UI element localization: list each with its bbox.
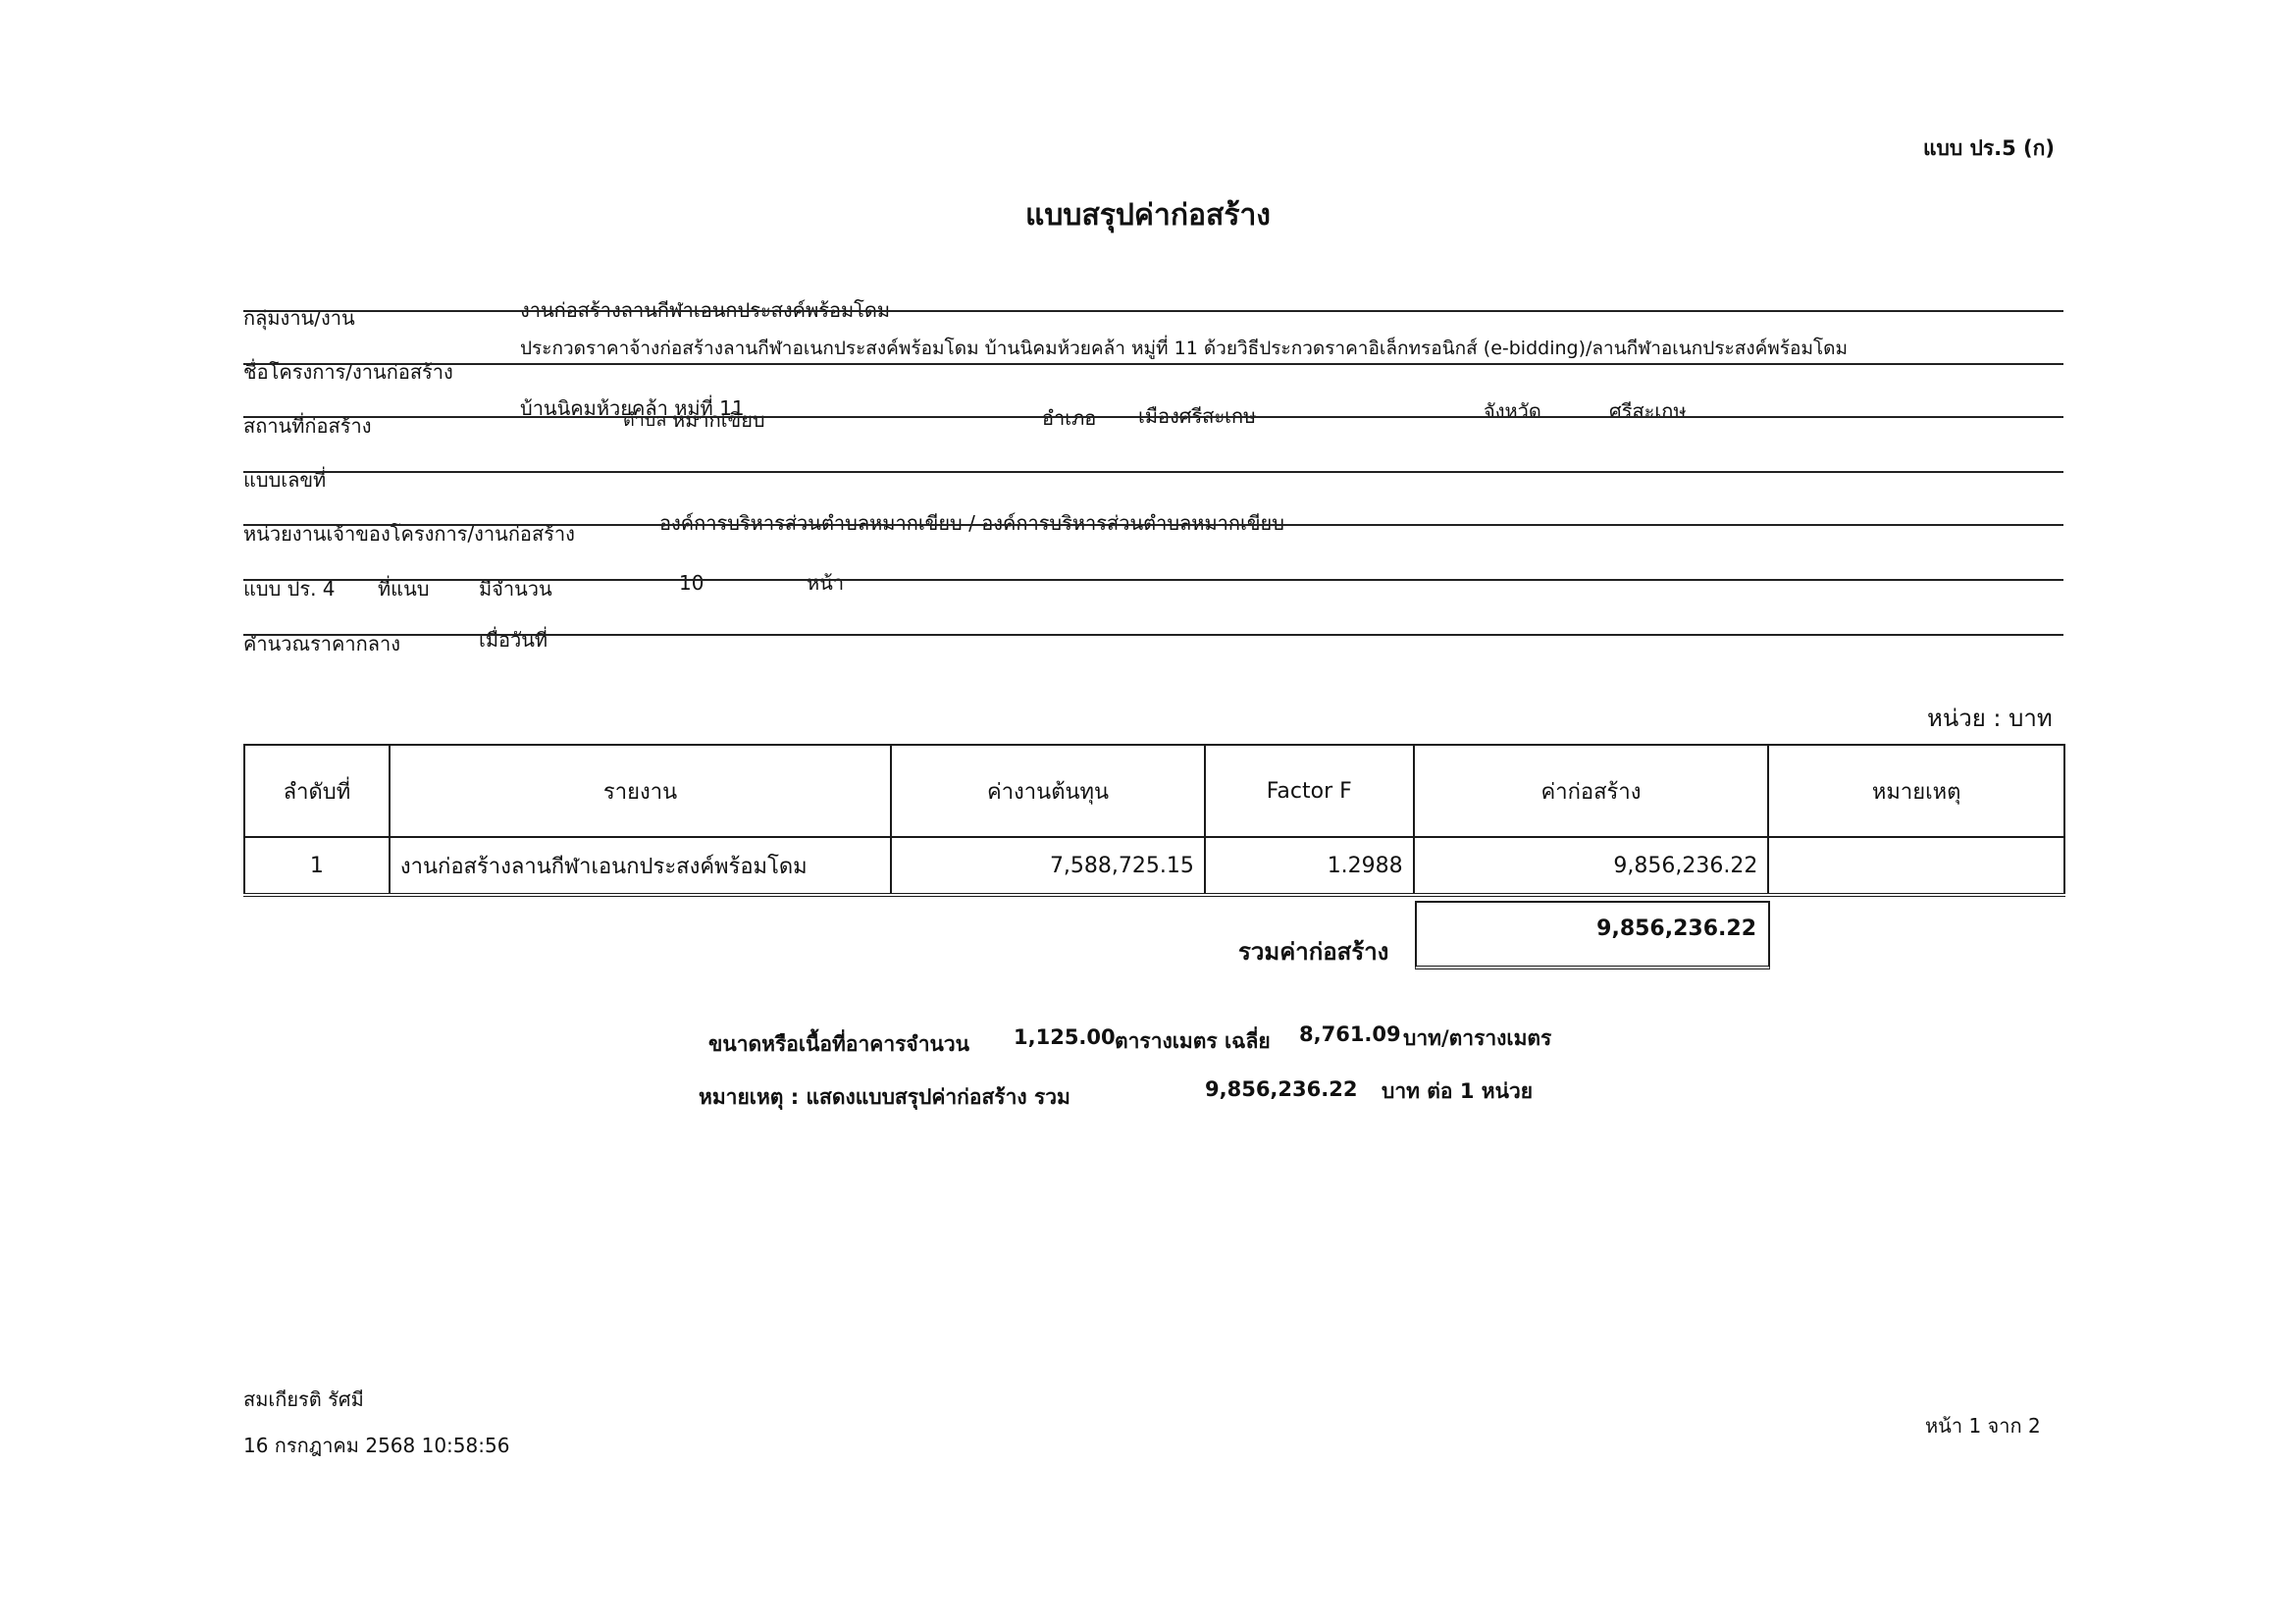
- avg-unit: บาท/ตารางเมตร: [1403, 1022, 1551, 1055]
- note-value: 9,856,236.22: [1205, 1077, 1357, 1101]
- cost-summary-table: ลำดับที่ รายงาน ค่างานต้นทุน Factor F ค่…: [243, 744, 2065, 897]
- project-line: [243, 363, 2063, 365]
- note-label: หมายเหตุ : แสดงแบบสรุปค่าก่อสร้าง รวม: [699, 1081, 1070, 1114]
- document-title: แบบสรุปค่าก่อสร้าง: [0, 192, 2296, 238]
- pr4-line: [243, 579, 2063, 581]
- subdistrict-label: ตำบล: [623, 405, 666, 434]
- location-line: [243, 416, 2063, 418]
- col-header-no: ลำดับที่: [244, 745, 390, 837]
- unit-label: หน่วย : บาท: [1927, 699, 2053, 737]
- note-unit: บาท ต่อ 1 หน่วย: [1382, 1075, 1533, 1108]
- plan-no-label: แบบเลขที่: [243, 464, 326, 496]
- owner-value: องค์การบริหารส่วนตำบลหมากเขียบ / องค์การ…: [659, 507, 1284, 539]
- pr4-count-value: 10: [679, 571, 704, 595]
- col-header-construction-cost: ค่าก่อสร้าง: [1414, 745, 1769, 837]
- work-group-label: กลุ่มงาน/งาน: [243, 302, 355, 334]
- owner-label: หน่วยงานเจ้าของโครงการ/งานก่อสร้าง: [243, 518, 575, 550]
- district-label: อำเภอ: [1042, 402, 1096, 434]
- pr4-attached-label: ที่แนบ: [378, 573, 429, 604]
- table-header-row: ลำดับที่ รายงาน ค่างานต้นทุน Factor F ค่…: [244, 745, 2064, 837]
- total-value: 9,856,236.22: [1415, 901, 1770, 969]
- print-timestamp: 16 กรกฎาคม 2568 10:58:56: [243, 1430, 509, 1461]
- work-group-line: [243, 310, 2063, 312]
- location-label: สถานที่ก่อสร้าง: [243, 410, 371, 442]
- signer-name: สมเกียรติ รัศมี: [243, 1384, 364, 1415]
- cell-construction-cost: 9,856,236.22: [1414, 837, 1769, 895]
- col-header-base-cost: ค่างานต้นทุน: [891, 745, 1205, 837]
- median-date-label: เมื่อวันที่: [479, 624, 548, 655]
- province-value: ศรีสะเกษ: [1609, 395, 1687, 427]
- pr4-label: แบบ ปร. 4: [243, 573, 336, 604]
- total-label: รวมค่าก่อสร้าง: [1238, 932, 1388, 970]
- area-label: ขนาดหรือเนื้อที่อาคารจำนวน: [708, 1028, 969, 1061]
- avg-value: 8,761.09: [1299, 1022, 1401, 1046]
- project-value: ประกวดราคาจ้างก่อสร้างลานกีฬาอเนกประสงค์…: [520, 334, 1848, 363]
- area-unit-avg: ตารางเมตร เฉลี่ย: [1115, 1025, 1271, 1058]
- pr4-unit-label: หน้า: [807, 567, 844, 599]
- table-row: 1 งานก่อสร้างลานกีฬาเอนกประสงค์พร้อมโดม …: [244, 837, 2064, 895]
- col-header-factor-f: Factor F: [1205, 745, 1414, 837]
- area-value: 1,125.00: [1014, 1025, 1116, 1049]
- cell-base-cost: 7,588,725.15: [891, 837, 1205, 895]
- province-label: จังหวัด: [1484, 395, 1541, 427]
- subdistrict-value: หมากเขียบ: [672, 404, 765, 436]
- owner-line: [243, 524, 2063, 526]
- form-code: แบบ ปร.5 (ก): [1923, 132, 2055, 165]
- cell-factor-f: 1.2988: [1205, 837, 1414, 895]
- cell-item: งานก่อสร้างลานกีฬาเอนกประสงค์พร้อมโดม: [390, 837, 891, 895]
- col-header-item: รายงาน: [390, 745, 891, 837]
- cell-remark: [1768, 837, 2064, 895]
- median-price-line: [243, 634, 2063, 636]
- pr4-count-label: มีจำนวน: [479, 573, 552, 604]
- plan-no-line: [243, 471, 2063, 473]
- median-price-label: คำนวณราคากลาง: [243, 628, 400, 659]
- project-label: ชื่อโครงการ/งานก่อสร้าง: [243, 356, 453, 388]
- page-info: หน้า 1 จาก 2: [1925, 1410, 2041, 1441]
- cell-no: 1: [244, 837, 390, 895]
- col-header-remark: หมายเหตุ: [1768, 745, 2064, 837]
